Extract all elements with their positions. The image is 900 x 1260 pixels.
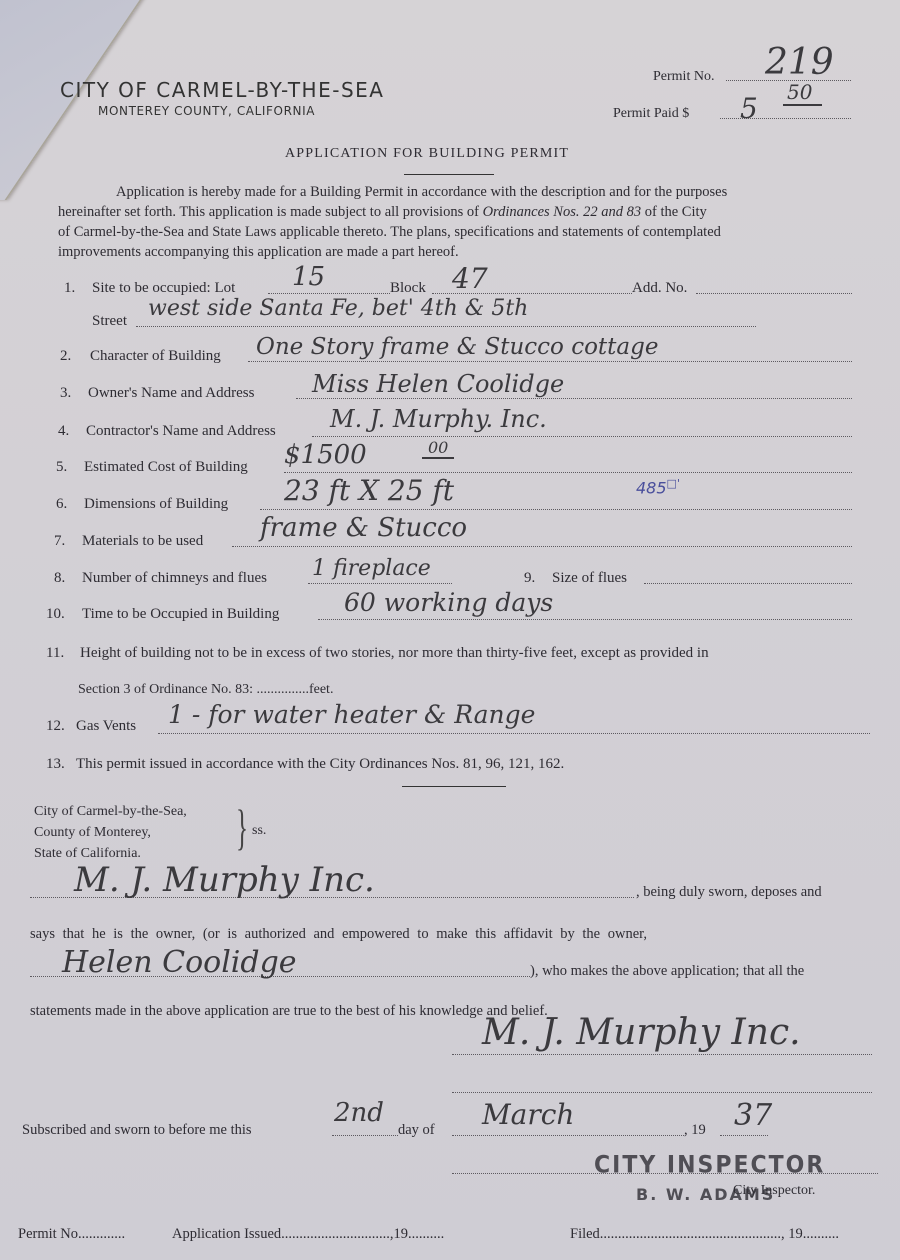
occupancy-time-value[interactable]: 60 working days	[344, 588, 553, 617]
signature-line-2	[452, 1092, 872, 1093]
jurat-prefix: Subscribed and sworn to before me this	[22, 1122, 252, 1139]
sworn-text: , being duly sworn, deposes and	[636, 884, 822, 901]
item-2-label: Character of Building	[90, 348, 221, 365]
add-no-line[interactable]	[696, 293, 852, 294]
jurat-month[interactable]: March	[482, 1098, 574, 1131]
jurat-year-prefix: , 19	[684, 1122, 706, 1139]
permit-paid-dollars: 5	[740, 92, 758, 125]
item-8-line	[308, 583, 452, 584]
block-value[interactable]: 47	[452, 262, 488, 295]
stamp-city-inspector: CITY INSPECTOR	[594, 1152, 825, 1180]
item-5-number: 5.	[56, 459, 67, 476]
permit-no-label: Permit No.	[653, 69, 714, 85]
item-7-number: 7.	[54, 533, 65, 550]
item-11-number: 11.	[46, 645, 64, 662]
affidavit-line-3-tail: ), who makes the above application; that…	[530, 963, 804, 980]
area-note-unit: □'	[667, 477, 680, 490]
affidavit-line-2: says that he is the owner, (or is author…	[30, 926, 647, 943]
venue-ss: ss.	[252, 823, 266, 839]
venue-city: City of Carmel-by-the-Sea,	[34, 801, 187, 822]
jurat-year[interactable]: 37	[734, 1098, 772, 1133]
venue-brace: }	[236, 797, 248, 857]
item-3-line	[296, 398, 852, 399]
gas-vents-value[interactable]: 1 - for water heater & Range	[168, 700, 535, 729]
materials-value[interactable]: frame & Stucco	[260, 513, 467, 543]
lot-value[interactable]: 15	[292, 262, 325, 292]
footer-application-issued: Application Issued......................…	[172, 1226, 444, 1243]
intro-line-4: improvements accompanying this applicati…	[58, 244, 459, 261]
lot-line	[268, 293, 390, 294]
item-1-label: Site to be occupied: Lot	[92, 280, 235, 297]
affiant-signature[interactable]: M. J. Murphy Inc.	[74, 860, 375, 900]
owner-signature[interactable]: Helen Coolidge	[62, 945, 297, 980]
affidavit-line-4: statements made in the above application…	[30, 1003, 548, 1020]
item-3-label: Owner's Name and Address	[88, 385, 254, 402]
intro-line-2: hereinafter set forth. This application …	[58, 204, 707, 221]
item-13-label: This permit issued in accordance with th…	[76, 756, 564, 773]
dimensions-value[interactable]: 23 ft X 25 ft	[284, 474, 454, 507]
item-11-line-1: Height of building not to be in excess o…	[80, 645, 709, 662]
item-12-number: 12.	[46, 718, 65, 735]
item-4-label: Contractor's Name and Address	[86, 423, 276, 440]
item-8-label: Number of chimneys and flues	[82, 570, 267, 587]
item-10-line	[318, 619, 852, 620]
signature-line	[452, 1054, 872, 1055]
item-6-number: 6.	[56, 496, 67, 513]
city-name: CITY OF CARMEL-BY-THE-SEA	[60, 78, 384, 102]
item-1-number: 1.	[64, 280, 75, 297]
estimated-cost-cents: 00	[422, 438, 454, 459]
item-6-line	[260, 509, 852, 510]
flue-size-line[interactable]	[644, 583, 852, 584]
permit-paid-label: Permit Paid $	[613, 106, 689, 122]
street-label: Street	[92, 313, 127, 330]
item-6-label: Dimensions of Building	[84, 496, 228, 513]
item-4-number: 4.	[58, 423, 69, 440]
item-2-number: 2.	[60, 348, 71, 365]
intro-text: hereinafter set forth. This application …	[58, 204, 483, 220]
intro-line-1: Application is hereby made for a Buildin…	[116, 184, 727, 201]
block-label: Block	[390, 280, 426, 297]
item-7-line	[232, 546, 852, 547]
jurat-year-line	[720, 1135, 768, 1136]
intro-line-3: of Carmel-by-the-Sea and State Laws appl…	[58, 224, 721, 241]
item-12-label: Gas Vents	[76, 718, 136, 735]
street-value[interactable]: west side Santa Fe, bet' 4th & 5th	[148, 296, 528, 321]
title-rule	[404, 174, 494, 175]
item-10-label: Time to be Occupied in Building	[82, 606, 279, 623]
building-character-value[interactable]: One Story frame & Stucco cottage	[256, 334, 658, 360]
estimated-cost-value[interactable]: $1500	[284, 440, 367, 470]
area-note-value: 485	[636, 478, 667, 497]
item-5-line	[284, 472, 852, 473]
owner-value[interactable]: Miss Helen Coolidge	[312, 370, 564, 398]
contractor-signature[interactable]: M. J. Murphy Inc.	[482, 1012, 801, 1053]
item-8-number: 8.	[54, 570, 65, 587]
item-9-number: 9.	[524, 570, 535, 587]
chimneys-value[interactable]: 1 fireplace	[312, 556, 431, 581]
footer-permit-no: Permit No.............	[18, 1226, 125, 1243]
item-12-line	[158, 733, 870, 734]
venue-block: City of Carmel-by-the-Sea, County of Mon…	[34, 801, 187, 864]
intro-text: of the City	[641, 204, 707, 220]
section-rule	[402, 786, 506, 787]
venue-county: County of Monterey,	[34, 822, 187, 843]
item-3-number: 3.	[60, 385, 71, 402]
inspector-label: City Inspector.	[733, 1183, 815, 1199]
contractor-value[interactable]: M. J. Murphy. Inc.	[330, 405, 547, 433]
item-9-label: Size of flues	[552, 570, 627, 587]
permit-no-value: 219	[765, 42, 834, 83]
ordinances-ref: Ordinances Nos. 22 and 83	[483, 204, 642, 220]
add-no-label: Add. No.	[632, 280, 687, 297]
jurat-day-line	[332, 1135, 398, 1136]
item-13-number: 13.	[46, 756, 65, 773]
item-5-label: Estimated Cost of Building	[84, 459, 248, 476]
permit-paid-cents: 50	[783, 80, 822, 106]
item-10-number: 10.	[46, 606, 65, 623]
street-line	[136, 326, 756, 327]
item-2-line	[248, 361, 852, 362]
county-name: MONTEREY COUNTY, CALIFORNIA	[98, 104, 315, 118]
jurat-day[interactable]: 2nd	[334, 1098, 384, 1128]
area-note: 485□'	[636, 477, 680, 497]
form-title: APPLICATION FOR BUILDING PERMIT	[285, 146, 569, 162]
footer-filed: Filed...................................…	[570, 1226, 839, 1243]
item-11-line-2: Section 3 of Ordinance No. 83: .........…	[78, 682, 333, 698]
item-4-line	[312, 436, 852, 437]
jurat-month-line	[452, 1135, 684, 1136]
jurat-day-of: day of	[398, 1122, 435, 1139]
item-7-label: Materials to be used	[82, 533, 203, 550]
